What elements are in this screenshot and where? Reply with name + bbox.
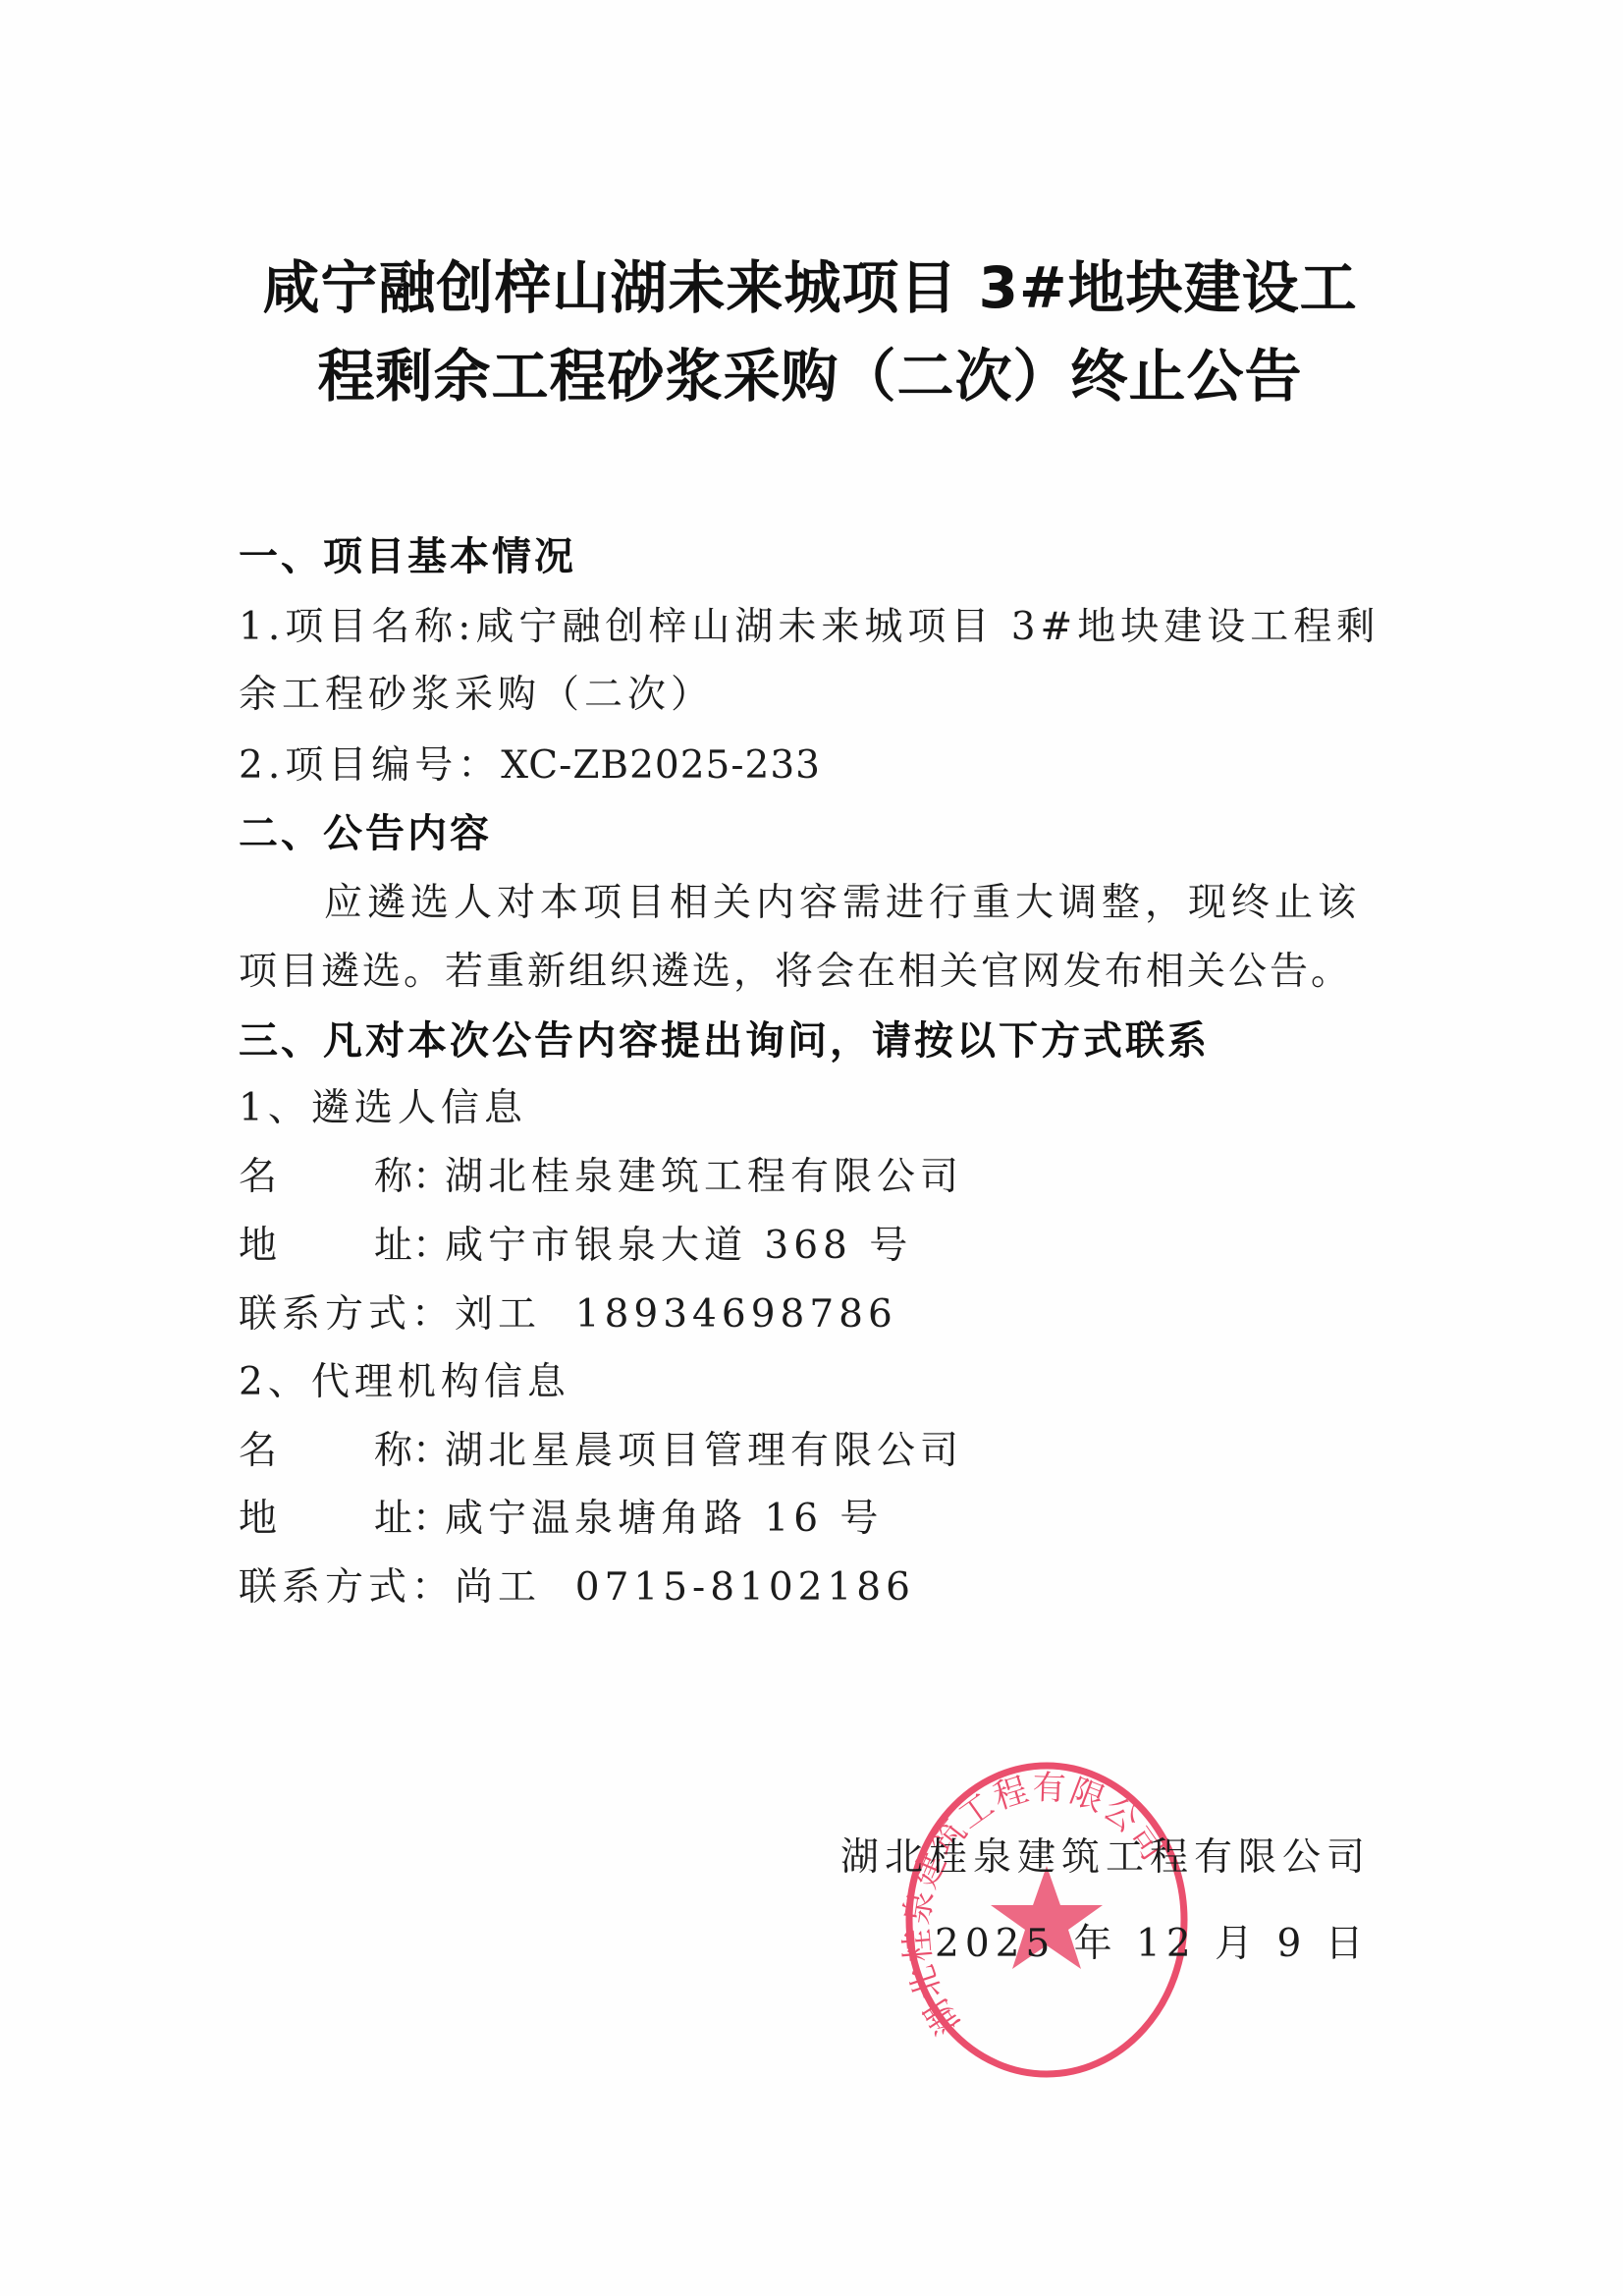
agency-contact-label: 联系方式： (239, 1565, 455, 1610)
selector-contact-value: 刘工 18934698786 (455, 1292, 897, 1337)
selector-subheading: 1、遴选人信息 (239, 1077, 527, 1132)
project-number-value: XC-ZB2025-233 (501, 743, 821, 788)
agency-address-value: 咸宁温泉塘角路 16 号 (445, 1497, 883, 1541)
agency-subheading: 2、代理机构信息 (239, 1351, 570, 1406)
title-line-1: 咸宁融创梓山湖未来城项目 3#地块建设工 (245, 244, 1375, 332)
announcement-body-line-2: 项目遴选。若重新组织遴选，将会在相关官网发布相关公告。 (239, 941, 1352, 996)
project-name-line-1: 1.项目名称:咸宁融创梓山湖未来城项目 3#地块建设工程剩 (239, 596, 1380, 651)
selector-contact-row: 联系方式：刘工 18934698786 (239, 1284, 897, 1339)
announcement-body-line-1: 应遴选人对本项目相关内容需进行重大调整，现终止该 (324, 872, 1361, 927)
selector-name-value: 湖北桂泉建筑工程有限公司 (445, 1155, 963, 1199)
agency-contact-value: 尚工 0715-8102186 (455, 1565, 915, 1610)
agency-name-row: 名称：湖北星晨项目管理有限公司 (239, 1420, 963, 1475)
agency-name-label: 名称： (239, 1420, 445, 1475)
selector-name-row: 名称：湖北桂泉建筑工程有限公司 (239, 1146, 963, 1201)
selector-contact-label: 联系方式： (239, 1292, 455, 1337)
section-3-heading: 三、凡对本次公告内容提出询问，请按以下方式联系 (239, 1010, 1210, 1066)
title-line-2: 程剩余工程砂浆采购（二次）终止公告 (245, 332, 1375, 420)
project-number-row: 2.项目编号：XC-ZB2025-233 (239, 735, 821, 790)
signature-date: 2025 年 12 月 9 日 (935, 1913, 1370, 1968)
signature-company: 湖北桂泉建筑工程有限公司 (840, 1827, 1371, 1882)
document-title: 咸宁融创梓山湖未来城项目 3#地块建设工 程剩余工程砂浆采购（二次）终止公告 (245, 244, 1375, 420)
section-1-heading: 一、项目基本情况 (239, 525, 576, 581)
agency-contact-row: 联系方式：尚工 0715-8102186 (239, 1557, 915, 1612)
selector-address-label: 地址： (239, 1215, 445, 1270)
agency-address-label: 地址： (239, 1488, 445, 1543)
agency-name-value: 湖北星晨项目管理有限公司 (445, 1429, 963, 1473)
project-number-label: 2.项目编号： (239, 743, 501, 788)
document-page: 咸宁融创梓山湖未来城项目 3#地块建设工 程剩余工程砂浆采购（二次）终止公告 一… (0, 0, 1623, 2296)
section-2-heading: 二、公告内容 (239, 802, 492, 858)
selector-name-label: 名称： (239, 1146, 445, 1201)
agency-address-row: 地址：咸宁温泉塘角路 16 号 (239, 1488, 883, 1543)
selector-address-value: 咸宁市银泉大道 368 号 (445, 1224, 912, 1268)
selector-address-row: 地址：咸宁市银泉大道 368 号 (239, 1215, 912, 1270)
project-name-line-2: 余工程砂浆采购（二次） (239, 664, 714, 719)
